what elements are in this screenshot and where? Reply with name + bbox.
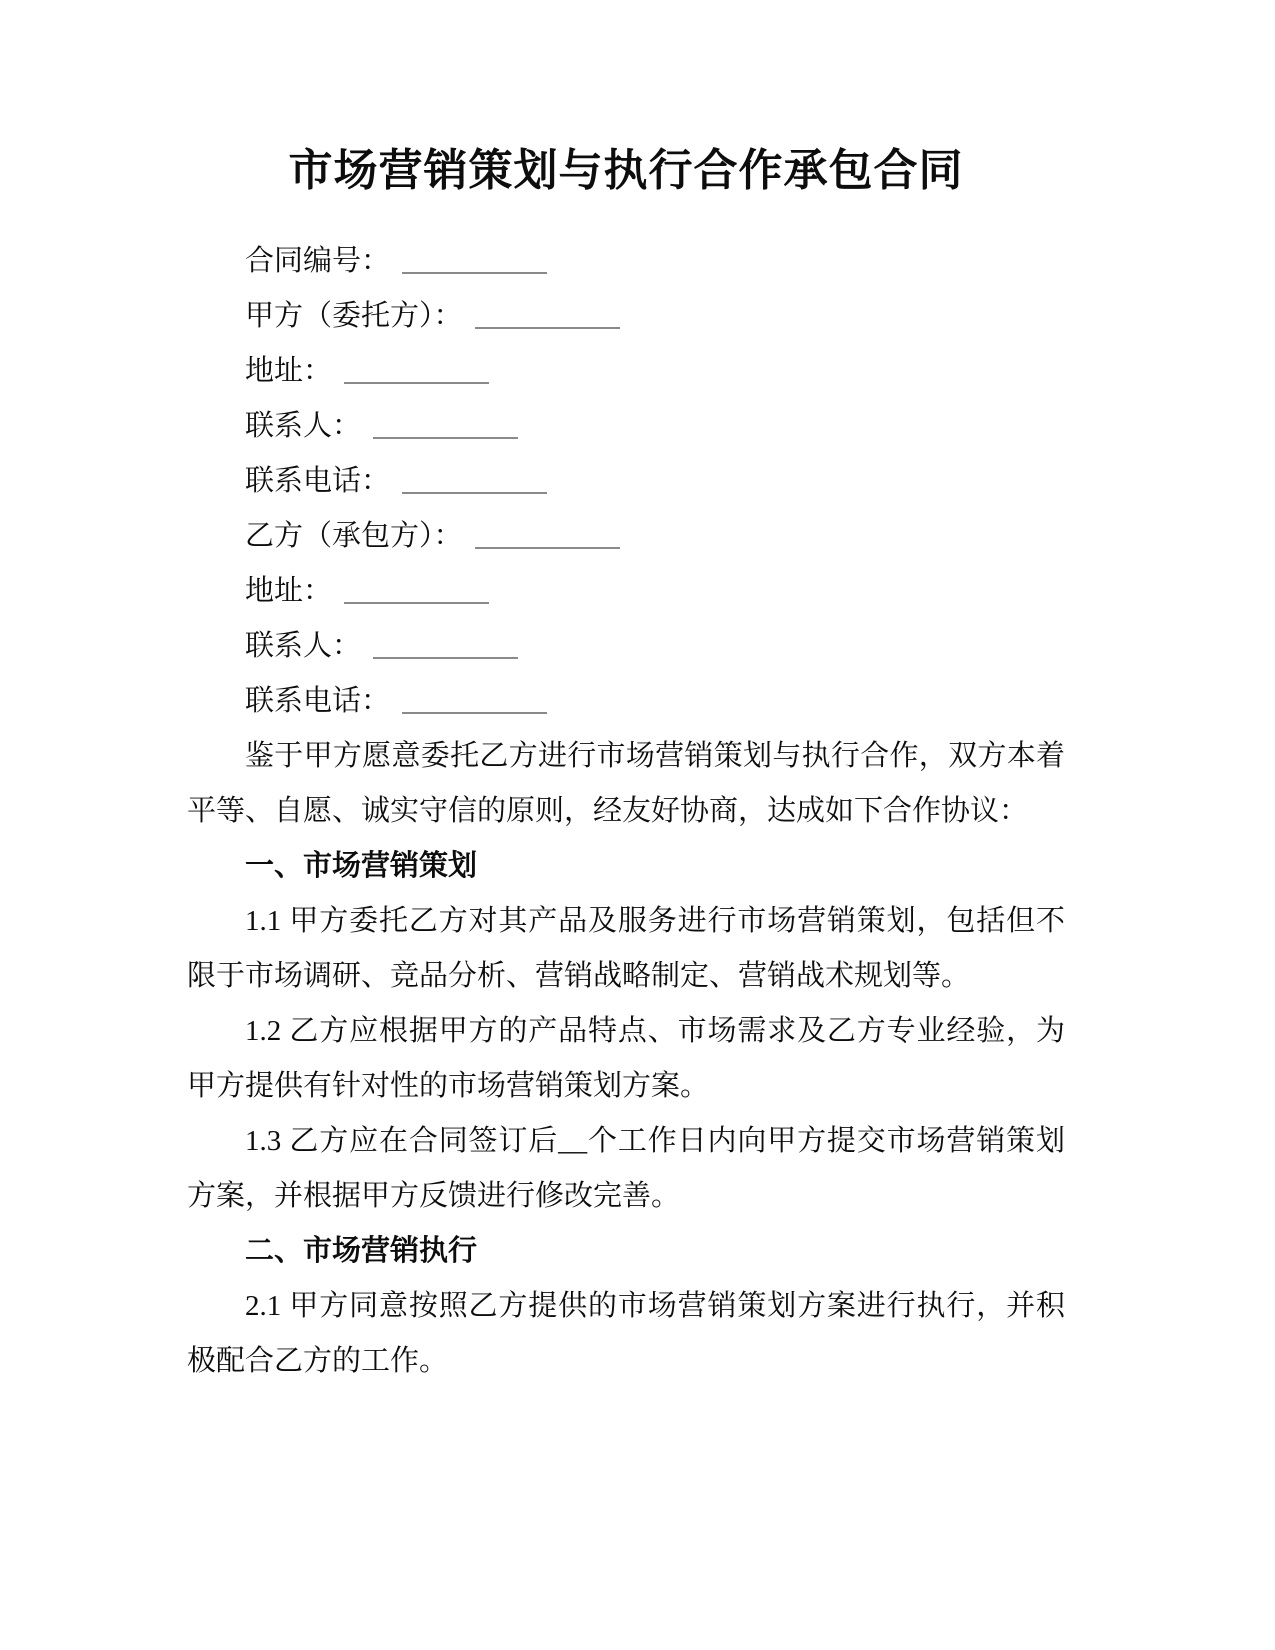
contract-clause-1-1: 1.1 甲方委托乙方对其产品及服务进行市场营销策划，包括但不限于市场调研、竞品分… xyxy=(187,894,1065,1004)
fill-in-blank-line xyxy=(475,325,620,329)
fill-in-blank-line xyxy=(373,435,518,439)
field-label: 联系电话： xyxy=(245,465,390,497)
fill-in-blank-line xyxy=(344,380,489,384)
field-party-a: 甲方（委托方）： xyxy=(187,289,1065,344)
contract-clause-1-2: 1.2 乙方应根据甲方的产品特点、市场需求及乙方专业经验，为甲方提供有针对性的市… xyxy=(187,1004,1065,1114)
fill-in-blank-line xyxy=(402,490,547,494)
field-party-a-phone: 联系电话： xyxy=(187,454,1065,509)
field-label: 乙方（承包方）： xyxy=(245,520,463,552)
field-party-a-address: 地址： xyxy=(187,344,1065,399)
contract-clause-1-3: 1.3 乙方应在合同签订后__个工作日内向甲方提交市场营销策划方案，并根据甲方反… xyxy=(187,1114,1065,1224)
contract-document-page: 市场营销策划与执行合作承包合同 合同编号： 甲方（委托方）： 地址： 联系人： … xyxy=(0,0,1275,1650)
section-heading-2: 二、市场营销执行 xyxy=(187,1224,1065,1279)
field-party-b-contact: 联系人： xyxy=(187,619,1065,674)
field-contract-number: 合同编号： xyxy=(187,234,1065,289)
field-label: 联系电话： xyxy=(245,685,390,717)
field-label: 甲方（委托方）： xyxy=(245,300,463,332)
field-party-b: 乙方（承包方）： xyxy=(187,509,1065,564)
fill-in-blank-line xyxy=(373,655,518,659)
fill-in-blank-line xyxy=(402,710,547,714)
field-label: 联系人： xyxy=(245,410,361,442)
field-party-b-phone: 联系电话： xyxy=(187,674,1065,729)
contract-clause-2-1: 2.1 甲方同意按照乙方提供的市场营销策划方案进行执行，并积极配合乙方的工作。 xyxy=(187,1279,1065,1389)
contract-title: 市场营销策划与执行合作承包合同 xyxy=(187,140,1065,202)
field-party-b-address: 地址： xyxy=(187,564,1065,619)
fill-in-blank-line xyxy=(475,545,620,549)
field-label: 地址： xyxy=(245,355,332,387)
contract-preamble: 鉴于甲方愿意委托乙方进行市场营销策划与执行合作，双方本着平等、自愿、诚实守信的原… xyxy=(187,729,1065,839)
fill-in-blank-line xyxy=(344,600,489,604)
fill-in-blank-line xyxy=(402,270,547,274)
section-heading-1: 一、市场营销策划 xyxy=(187,839,1065,894)
field-label: 地址： xyxy=(245,575,332,607)
field-label: 合同编号： xyxy=(245,245,390,277)
field-label: 联系人： xyxy=(245,630,361,662)
field-party-a-contact: 联系人： xyxy=(187,399,1065,454)
